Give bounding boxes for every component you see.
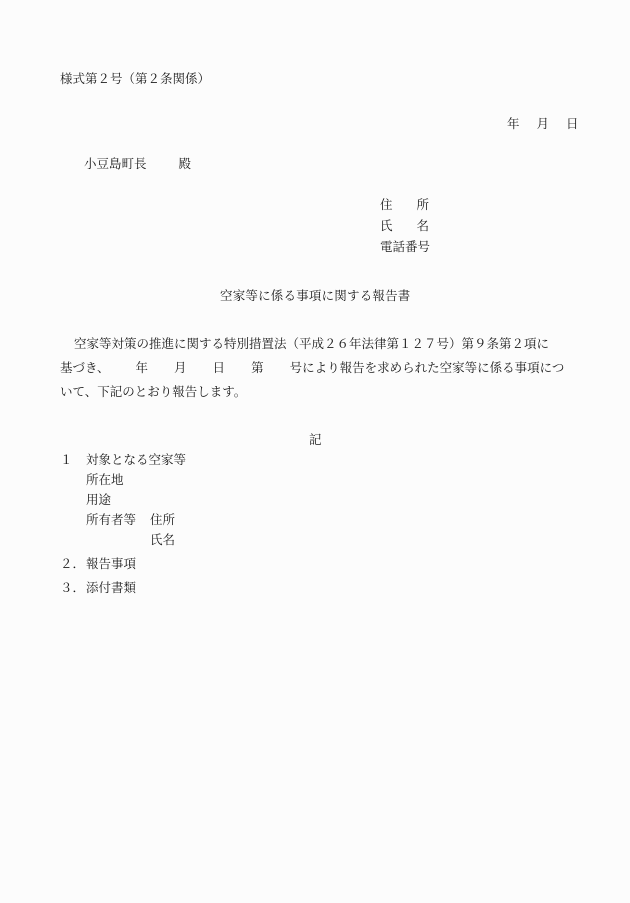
sender-phone-row: 電話番号 — [380, 239, 430, 260]
item-3: ３．添付書類 — [60, 580, 186, 600]
addressee-honorific: 殿 — [179, 156, 192, 171]
sender-name-label-2: 名 — [417, 218, 430, 233]
item-1-owner: 所有者等住所 — [60, 512, 186, 532]
item-2-number: ２． — [60, 556, 86, 572]
body-paragraph: 空家等対策の推進に関する特別措置法（平成２６年法律第１２７号）第９条第２項に 基… — [60, 332, 580, 404]
item-1-owner-label: 所有者等 — [86, 512, 150, 528]
item-1-number: １ — [60, 452, 86, 468]
item-1-owner-name: 氏名 — [60, 532, 186, 552]
body-line-2-prefix: 基づき、 — [60, 360, 110, 375]
item-3-number: ３． — [60, 580, 86, 596]
addressee: 小豆島町長殿 — [84, 156, 191, 172]
date-day-label: 日 — [566, 116, 579, 132]
body-line-1-text: 空家等対策の推進に関する特別措置法（平成２６年法律第１２７号）第９条第２項に — [74, 336, 549, 351]
item-list: １対象となる空家等 所在地 用途 所有者等住所 氏名 ２．報告事項 ３．添付書類 — [60, 452, 186, 600]
sender-block: 住所 氏名 電話番号 — [380, 197, 430, 260]
form-number: 様式第２号（第２条関係） — [60, 71, 210, 87]
date-year-label: 年 — [507, 116, 520, 132]
body-line-2-month: 月 — [174, 360, 187, 375]
document-title: 空家等に係る事項に関する報告書 — [220, 288, 411, 304]
body-line-2-dai: 第 — [251, 360, 264, 375]
sender-address-label-2: 所 — [417, 197, 430, 212]
body-line-2-year: 年 — [136, 360, 149, 375]
item-1-label: 対象となる空家等 — [86, 452, 186, 467]
item-1-owner-address-label: 住所 — [150, 512, 175, 527]
sender-name-row: 氏名 — [380, 218, 430, 239]
body-line-2-day: 日 — [213, 360, 226, 375]
item-1-owner-name-label: 氏名 — [150, 532, 175, 547]
item-1-location: 所在地 — [60, 472, 186, 492]
ki-heading: 記 — [309, 432, 322, 448]
item-1: １対象となる空家等 — [60, 452, 186, 472]
body-line-3: いて、下記のとおり報告します。 — [60, 380, 580, 404]
body-line-2: 基づき、年月日第号により報告を求められた空家等に係る事項につ — [60, 356, 580, 380]
date-month-label: 月 — [537, 116, 550, 132]
addressee-name: 小豆島町長 — [84, 156, 147, 171]
item-3-label: 添付書類 — [86, 580, 136, 595]
item-1-use: 用途 — [60, 492, 186, 512]
sender-name-label-1: 氏 — [380, 218, 393, 233]
item-2-label: 報告事項 — [86, 556, 136, 571]
body-line-1: 空家等対策の推進に関する特別措置法（平成２６年法律第１２７号）第９条第２項に — [60, 332, 580, 356]
item-2: ２．報告事項 — [60, 556, 186, 576]
body-line-2-suffix: 号により報告を求められた空家等に係る事項につ — [290, 360, 565, 375]
sender-address-row: 住所 — [380, 197, 430, 218]
date-line: 年月日 — [507, 116, 579, 132]
sender-address-label-1: 住 — [380, 197, 393, 212]
